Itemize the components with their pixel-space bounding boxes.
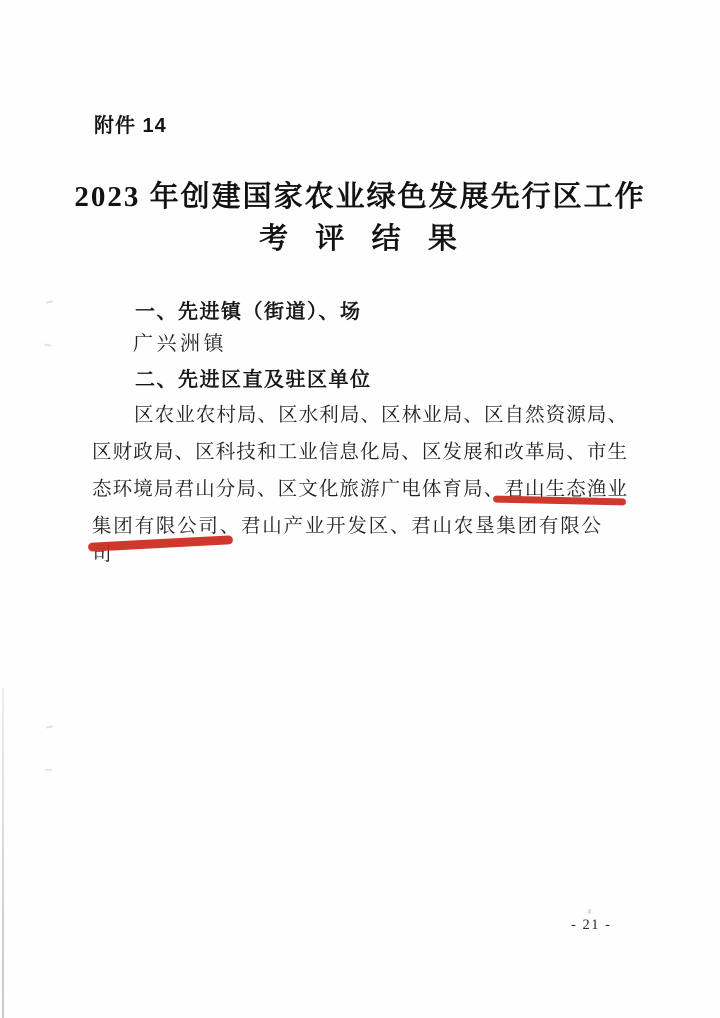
scan-edge-artifact [2, 688, 4, 1018]
scan-speck-artifact [46, 725, 53, 728]
attachment-label: 附件 14 [94, 114, 167, 138]
scan-speck-artifact [46, 300, 53, 303]
document-page: 附件 14 2023 年创建国家农业绿色发展先行区工作 考 评 结 果 一、先进… [0, 0, 720, 1018]
page-number: - 21 - [571, 916, 611, 934]
scan-speck-artifact [45, 769, 52, 772]
town-name: 广兴洲镇 [133, 332, 227, 356]
section-heading-advanced-units: 二、先进区直及驻区单位 [135, 368, 372, 392]
body-line-1: 区农业农村局、区水利局、区林业局、区自然资源局、 [92, 402, 628, 430]
scan-speck-artifact [587, 909, 591, 915]
document-title-line-1: 2023 年创建国家农业绿色发展先行区工作 [0, 180, 720, 214]
scan-speck-artifact [44, 344, 51, 347]
section-heading-advanced-towns: 一、先进镇（街道）、场 [135, 300, 362, 324]
document-title-line-2: 考 评 结 果 [0, 222, 720, 256]
body-line-2: 区财政局、区科技和工业信息化局、区发展和改革局、市生 [92, 439, 628, 467]
